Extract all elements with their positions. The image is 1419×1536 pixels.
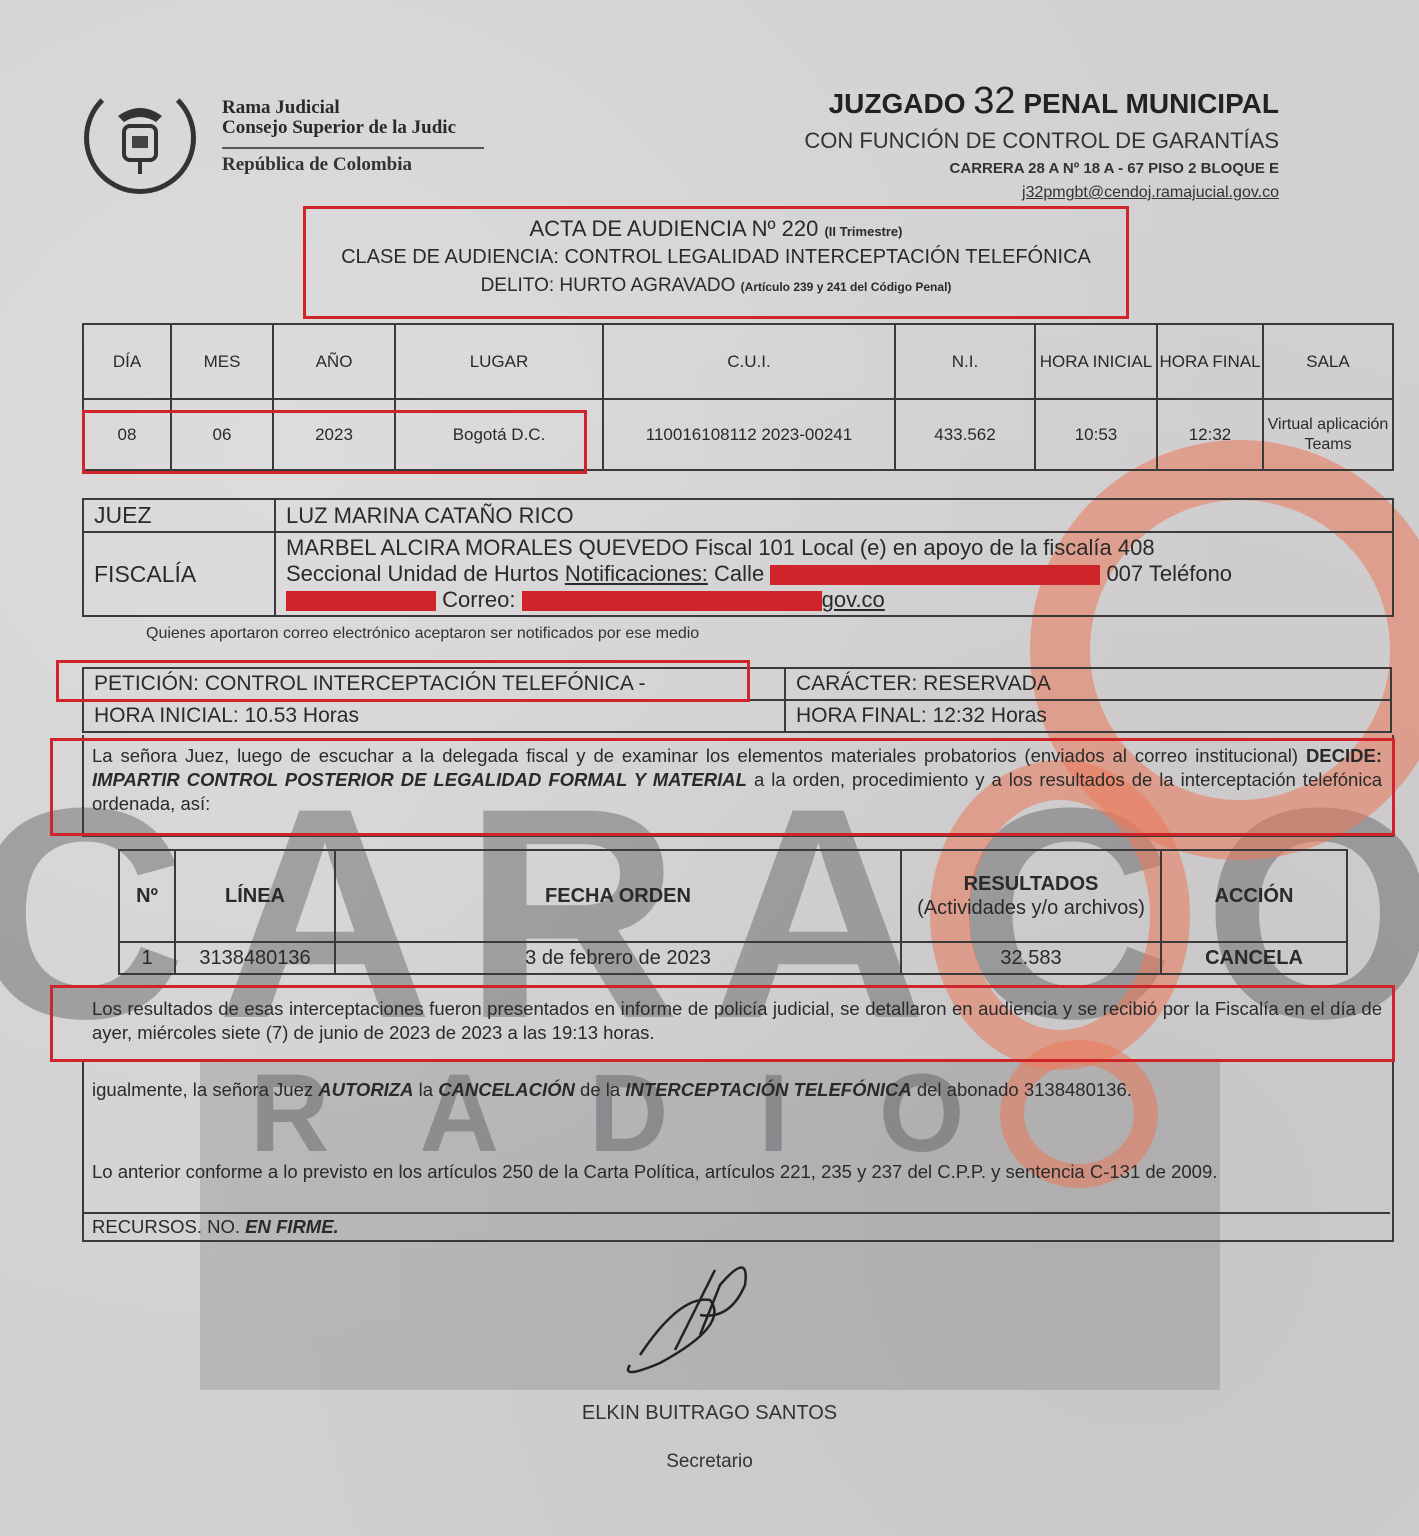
fiscalia-label: FISCALÍA bbox=[83, 532, 275, 616]
col-accion: ACCIÓN bbox=[1161, 850, 1347, 942]
auth-intro: igualmente, la señora Juez bbox=[92, 1079, 313, 1100]
col-no: Nº bbox=[119, 850, 175, 942]
recursos-label: RECURSOS. NO. bbox=[92, 1216, 240, 1237]
acta-delito: DELITO: HURTO AGRAVADO bbox=[481, 275, 736, 296]
coat-of-arms-icon bbox=[110, 98, 170, 178]
auth-la: la bbox=[419, 1079, 433, 1100]
juez-row: JUEZ LUZ MARINA CATAÑO RICO bbox=[83, 499, 1393, 532]
cell-resultados: 32.583 bbox=[901, 942, 1161, 974]
auth-cancelacion: CANCELACIÓN bbox=[438, 1079, 575, 1100]
results-header: Nº LÍNEA FECHA ORDEN RESULTADOS (Activid… bbox=[119, 850, 1347, 942]
auth-abonado: del abonado 3138480136. bbox=[917, 1079, 1132, 1100]
recursos-divider bbox=[82, 1212, 1390, 1214]
highlight-peticion bbox=[56, 660, 750, 702]
signature-mark bbox=[620, 1245, 790, 1385]
juez-label: JUEZ bbox=[83, 499, 275, 532]
results-table: Nº LÍNEA FECHA ORDEN RESULTADOS (Activid… bbox=[118, 849, 1348, 975]
col-hora-final: HORA FINAL bbox=[1157, 324, 1263, 399]
col-sala: SALA bbox=[1263, 324, 1393, 399]
recursos-line: RECURSOS. NO. EN FIRME. bbox=[82, 1215, 1392, 1239]
court-prefix: JUZGADO bbox=[829, 88, 966, 119]
col-hora-inicial: HORA INICIAL bbox=[1035, 324, 1157, 399]
redacted-address bbox=[770, 565, 1100, 585]
institution-line1: Rama Judicial bbox=[222, 98, 456, 118]
cell-hora-final: 12:32 bbox=[1157, 399, 1263, 470]
col-dia: DÍA bbox=[83, 324, 171, 399]
acta-title: ACTA DE AUDIENCIA Nº 220 bbox=[530, 216, 819, 241]
col-linea: LÍNEA bbox=[175, 850, 335, 942]
recursos-status: EN FIRME. bbox=[245, 1216, 339, 1237]
signer-name: ELKIN BUITRAGO SANTOS bbox=[0, 1402, 1419, 1425]
highlight-decision bbox=[50, 738, 1395, 836]
header-rule bbox=[222, 147, 484, 149]
notification-note: Quienes aportaron correo electrónico ace… bbox=[146, 625, 699, 643]
fiscal-email-line: Correo: gov.co bbox=[286, 587, 1382, 613]
court-title: JUZGADO 32 PENAL MUNICIPAL bbox=[829, 80, 1279, 123]
hora-final: HORA FINAL: 12:32 Horas bbox=[785, 700, 1391, 732]
parties-table: JUEZ LUZ MARINA CATAÑO RICO FISCALÍA MAR… bbox=[82, 498, 1394, 617]
address-label: Calle bbox=[714, 561, 764, 586]
legal-basis: Lo anterior conforme a lo previsto en lo… bbox=[82, 1160, 1392, 1184]
court-number: 32 bbox=[973, 80, 1015, 122]
acta-heading: ACTA DE AUDIENCIA Nº 220 (II Trimestre) … bbox=[303, 208, 1129, 297]
court-function: CON FUNCIÓN DE CONTROL DE GARANTÍAS bbox=[804, 128, 1279, 154]
phone-label: 007 Teléfono bbox=[1106, 561, 1232, 586]
cell-no: 1 bbox=[119, 942, 175, 974]
col-lugar: LUGAR bbox=[395, 324, 603, 399]
cell-fecha-orden: 3 de febrero de 2023 bbox=[335, 942, 901, 974]
auth-autoriza: AUTORIZA bbox=[318, 1079, 413, 1100]
country-name: República de Colombia bbox=[222, 154, 412, 176]
col-resultados-title: RESULTADOS bbox=[903, 873, 1159, 896]
email-label: Correo: bbox=[442, 587, 515, 612]
col-ni: N.I. bbox=[895, 324, 1035, 399]
juez-name: LUZ MARINA CATAÑO RICO bbox=[275, 499, 1393, 532]
col-fecha-orden: FECHA ORDEN bbox=[335, 850, 901, 942]
fiscal-unit: Seccional Unidad de Hurtos bbox=[286, 561, 559, 586]
fiscalia-details: MARBEL ALCIRA MORALES QUEVEDO Fiscal 101… bbox=[275, 532, 1393, 616]
col-mes: MES bbox=[171, 324, 273, 399]
institution-line2: Consejo Superior de la Judic bbox=[222, 118, 456, 138]
court-address: CARRERA 28 A Nº 18 A - 67 PISO 2 BLOQUE … bbox=[950, 160, 1279, 177]
court-email: j32pmgbt@cendoj.ramajucial.gov.co bbox=[1022, 184, 1279, 202]
signer-role: Secretario bbox=[0, 1451, 1419, 1473]
court-suffix: PENAL MUNICIPAL bbox=[1023, 88, 1279, 119]
cell-sala: Virtual aplicación Teams bbox=[1263, 399, 1393, 470]
highlight-results-note bbox=[50, 985, 1395, 1062]
cell-hora-inicial: 10:53 bbox=[1035, 399, 1157, 470]
auth-interceptacion: INTERCEPTACIÓN TELEFÓNICA bbox=[625, 1079, 911, 1100]
cell-accion: CANCELA bbox=[1161, 942, 1347, 974]
col-resultados-sub: (Actividades y/o archivos) bbox=[903, 896, 1159, 920]
acta-delito-note: (Artículo 239 y 241 del Código Penal) bbox=[741, 280, 952, 294]
acta-trimestre: (II Trimestre) bbox=[824, 224, 902, 239]
redacted-phone bbox=[286, 591, 436, 611]
col-resultados: RESULTADOS (Actividades y/o archivos) bbox=[901, 850, 1161, 942]
notifications-label: Notificaciones: bbox=[565, 561, 708, 586]
hora-inicial: HORA INICIAL: 10.53 Horas bbox=[83, 700, 785, 732]
auth-de-la: de la bbox=[580, 1079, 620, 1100]
cell-linea: 3138480136 bbox=[175, 942, 335, 974]
col-cui: C.U.I. bbox=[603, 324, 895, 399]
cell-cui: 110016108112 2023-00241 bbox=[603, 399, 895, 470]
authorization-text: igualmente, la señora Juez AUTORIZA la C… bbox=[82, 1078, 1392, 1102]
fiscal-notifications: Seccional Unidad de Hurtos Notificacione… bbox=[286, 561, 1382, 587]
col-ano: AÑO bbox=[273, 324, 395, 399]
table-row: 1 3138480136 3 de febrero de 2023 32.583… bbox=[119, 942, 1347, 974]
institution-name: Rama Judicial Consejo Superior de la Jud… bbox=[222, 98, 456, 138]
highlight-date-place bbox=[82, 410, 587, 474]
email-domain: gov.co bbox=[822, 587, 885, 612]
hearing-table-header: DÍA MES AÑO LUGAR C.U.I. N.I. HORA INICI… bbox=[83, 324, 1393, 399]
request-row-2: HORA INICIAL: 10.53 Horas HORA FINAL: 12… bbox=[83, 700, 1391, 732]
acta-clase: CLASE DE AUDIENCIA: CONTROL LEGALIDAD IN… bbox=[303, 246, 1129, 269]
redacted-email bbox=[522, 591, 822, 611]
caracter: CARÁCTER: RESERVADA bbox=[785, 668, 1391, 700]
fiscalia-row: FISCALÍA MARBEL ALCIRA MORALES QUEVEDO F… bbox=[83, 532, 1393, 616]
fiscal-name: MARBEL ALCIRA MORALES QUEVEDO Fiscal 101… bbox=[286, 535, 1382, 561]
cell-ni: 433.562 bbox=[895, 399, 1035, 470]
